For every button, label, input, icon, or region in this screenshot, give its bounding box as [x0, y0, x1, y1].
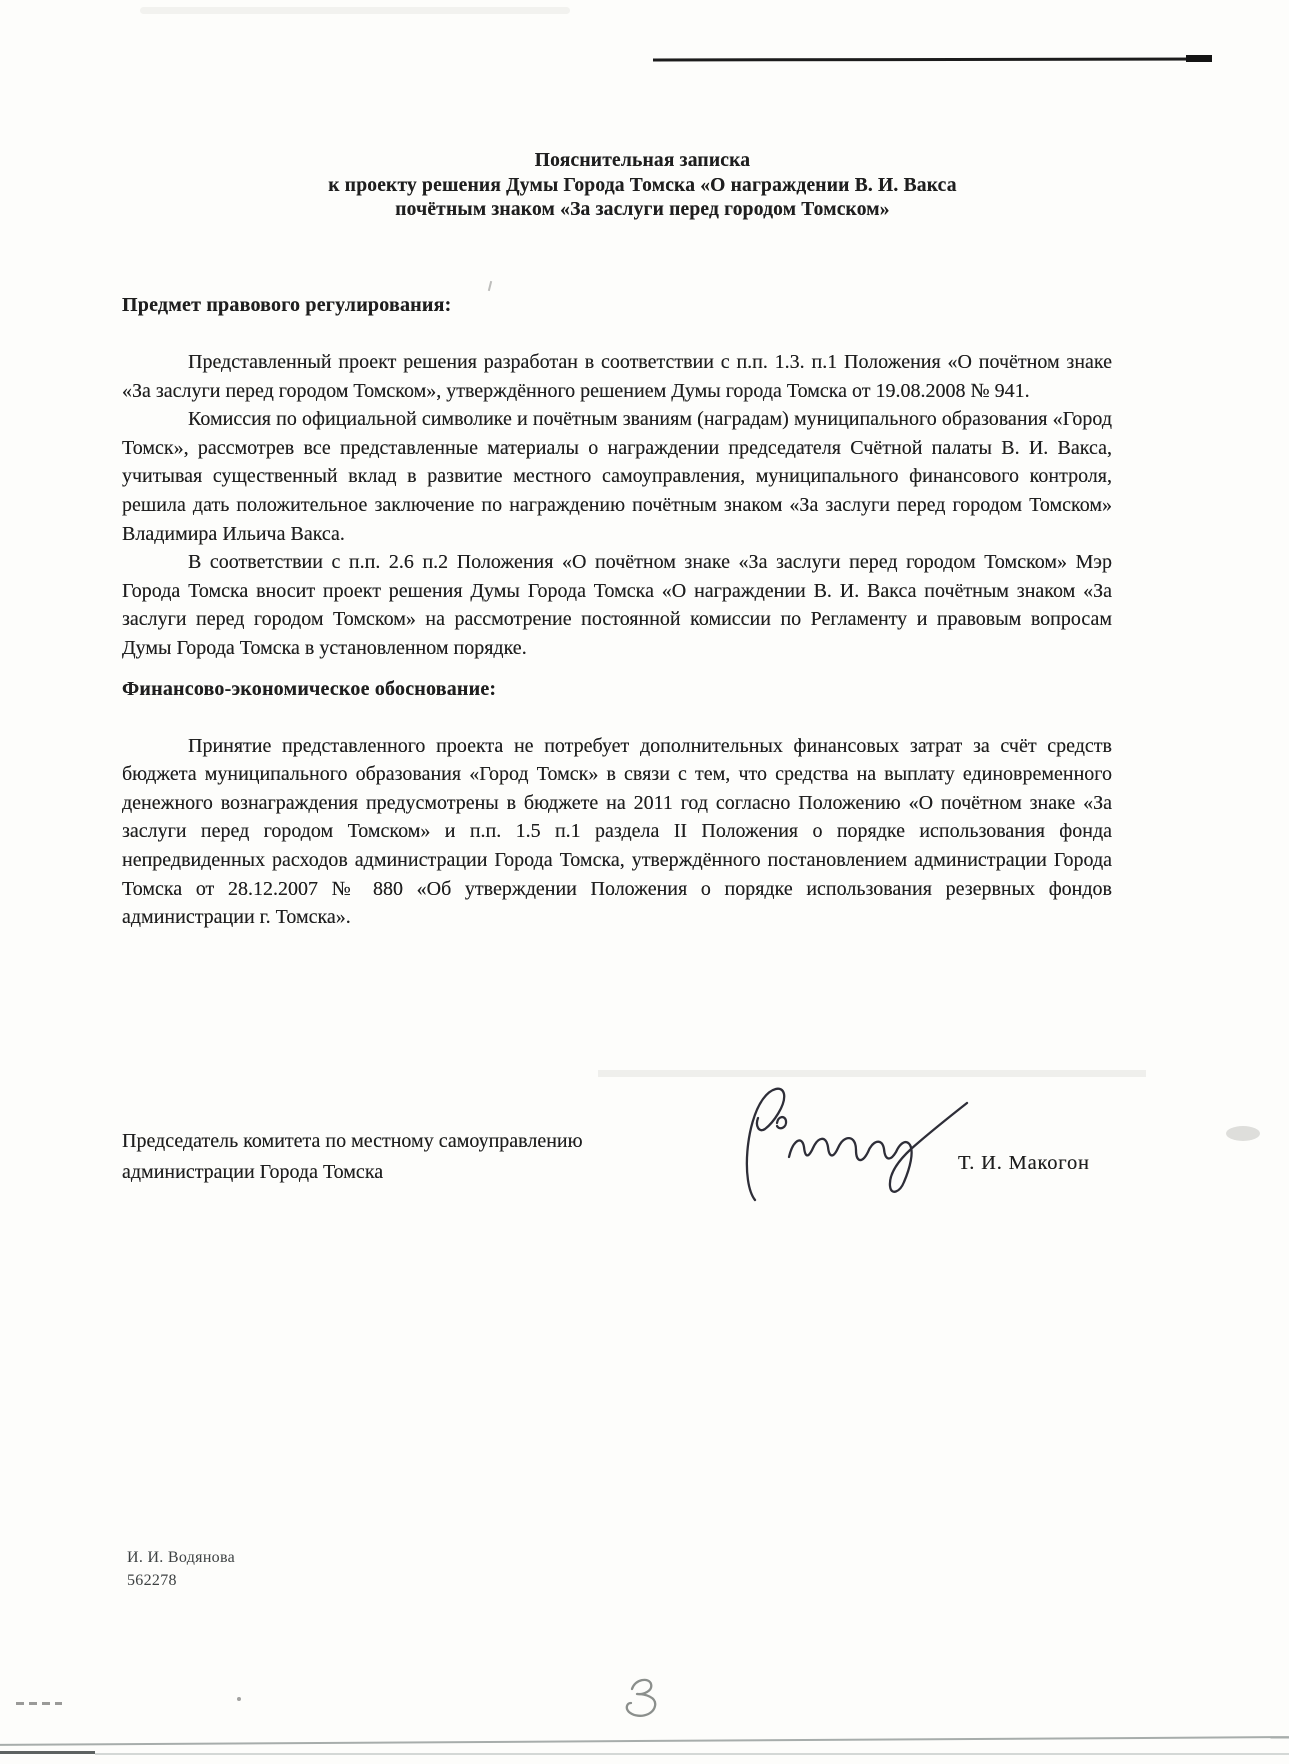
title-line-2: к проекту решения Думы Города Томска «О …: [60, 174, 1225, 199]
executor-name: И. И. Водянова: [127, 1546, 235, 1569]
executor-phone: 562278: [127, 1569, 235, 1592]
scan-artifact-gray-band: [598, 1070, 1146, 1077]
page-number-handwritten: [618, 1676, 666, 1722]
scan-artifact-smudge: [1226, 1126, 1260, 1141]
paragraph: Комиссия по официальной символике и почё…: [122, 405, 1112, 548]
scan-artifact-top-line-end: [1186, 55, 1212, 62]
section-heading-legal-subject: Предмет правового регулирования:: [122, 293, 1112, 318]
scan-noise-top: [140, 7, 570, 14]
handwritten-signature-icon: [733, 1078, 985, 1210]
scan-artifact-left-dash: [16, 1702, 62, 1705]
executor-block: И. И. Водянова 562278: [127, 1546, 235, 1592]
section-heading-financial-justification: Финансово-экономическое обоснование:: [122, 677, 1112, 702]
title-line-1: Пояснительная записка: [60, 149, 1225, 174]
paragraph: В соответствии с п.п. 2.6 п.2 Положения …: [122, 548, 1112, 662]
document-body: Предмет правового регулирования: Предста…: [122, 293, 1112, 932]
paragraph: Представленный проект решения разработан…: [122, 348, 1112, 405]
scan-artifact-bottom-line-3: [95, 1753, 1289, 1755]
document-title: Пояснительная записка к проекту решения …: [60, 149, 1225, 223]
scan-artifact-bottom-line-2: [0, 1751, 95, 1754]
signee-name: Т. И. Макогон: [958, 1152, 1198, 1175]
scan-artifact-tick: [488, 281, 492, 291]
signee-position-line-1: Председатель комитета по местному самоуп…: [122, 1126, 682, 1157]
signee-position-line-2: администрации Города Томска: [122, 1157, 682, 1188]
title-line-3: почётным знаком «За заслуги перед городо…: [60, 198, 1225, 223]
scan-artifact-bottom-line-1: [0, 1736, 1289, 1746]
scan-artifact-dot: [237, 1697, 241, 1701]
scan-artifact-top-line: [653, 58, 1211, 62]
signee-position: Председатель комитета по местному самоуп…: [122, 1126, 682, 1188]
paragraph: Принятие представленного проекта не потр…: [122, 732, 1112, 932]
scanned-document-page: Пояснительная записка к проекту решения …: [0, 0, 1289, 1764]
